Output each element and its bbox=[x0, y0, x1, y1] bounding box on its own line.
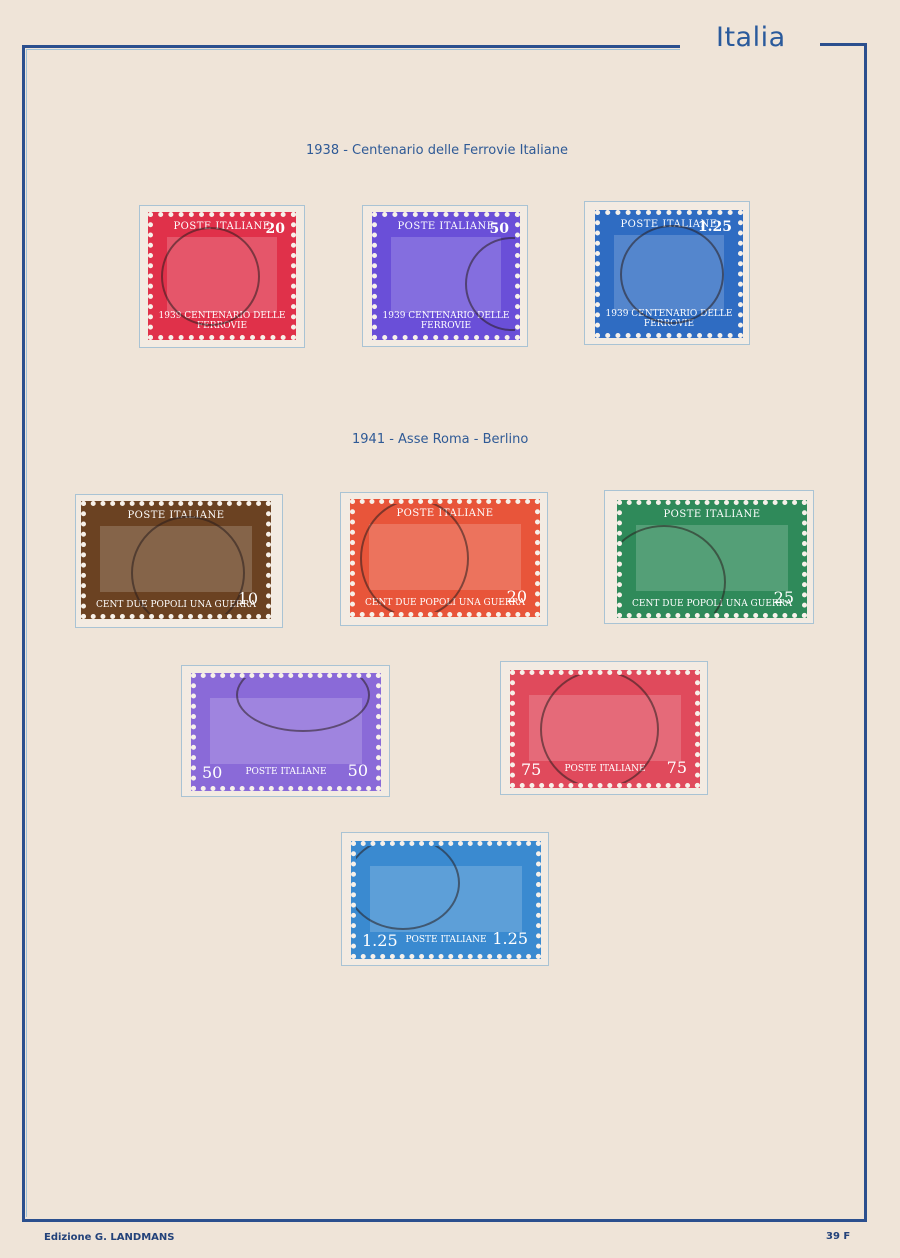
postmark bbox=[360, 499, 469, 617]
section-heading: 1938 - Centenario delle Ferrovie Italian… bbox=[306, 143, 568, 158]
stamp-value: 50 bbox=[490, 221, 509, 237]
stamp-mount: POSTE ITALIANE CENT DUE POPOLI UNA GUERR… bbox=[604, 490, 814, 624]
postmark bbox=[620, 225, 724, 324]
frame-border-left bbox=[22, 45, 25, 1222]
stamp-mount: 1.25 POSTE ITALIANE 1.25 bbox=[341, 832, 549, 966]
page-number: 39 F bbox=[826, 1231, 850, 1242]
postmark bbox=[540, 670, 659, 788]
stamp-value-right: 75 bbox=[667, 758, 687, 777]
stamp-railway-125[interactable]: POSTE ITALIANE 1.25 1939 CENTENARIO DELL… bbox=[595, 210, 743, 338]
stamp-mount: 75 POSTE ITALIANE 75 bbox=[500, 661, 708, 795]
stamp-mount: POSTE ITALIANE 20 1939 CENTENARIO DELLE … bbox=[139, 205, 305, 348]
page-title-country: Italia bbox=[716, 22, 786, 53]
stamp-axis-125[interactable]: 1.25 POSTE ITALIANE 1.25 bbox=[351, 841, 541, 959]
section-heading: 1941 - Asse Roma - Berlino bbox=[352, 432, 528, 447]
stamp-mount: POSTE ITALIANE CENT DUE POPOLI UNA GUERR… bbox=[75, 494, 283, 628]
stamp-railway-50[interactable]: POSTE ITALIANE 50 1939 CENTENARIO DELLE … bbox=[372, 212, 520, 340]
postmark bbox=[131, 516, 245, 619]
stamp-value: 20 bbox=[507, 587, 527, 606]
frame-inner-line bbox=[26, 49, 27, 1217]
stamp-railway-20[interactable]: POSTE ITALIANE 20 1939 CENTENARIO DELLE … bbox=[148, 212, 296, 340]
stamp-mount: POSTE ITALIANE 50 1939 CENTENARIO DELLE … bbox=[362, 205, 528, 347]
stamp-mount: POSTE ITALIANE 1.25 1939 CENTENARIO DELL… bbox=[584, 201, 750, 345]
stamp-mount: 50 POSTE ITALIANE 50 bbox=[181, 665, 390, 797]
stamp-axis-10[interactable]: POSTE ITALIANE CENT DUE POPOLI UNA GUERR… bbox=[81, 501, 271, 619]
stamp-mount: POSTE ITALIANE CENT DUE POPOLI UNA GUERR… bbox=[340, 492, 548, 626]
stamp-axis-20[interactable]: POSTE ITALIANE CENT DUE POPOLI UNA GUERR… bbox=[350, 499, 540, 617]
stamp-axis-25[interactable]: POSTE ITALIANE CENT DUE POPOLI UNA GUERR… bbox=[617, 500, 807, 618]
stamp-axis-75[interactable]: 75 POSTE ITALIANE 75 bbox=[510, 670, 700, 788]
frame-border-top bbox=[22, 45, 680, 48]
stamp-value-right: 50 bbox=[348, 761, 368, 780]
stamp-axis-50[interactable]: 50 POSTE ITALIANE 50 bbox=[191, 673, 381, 791]
frame-border-right bbox=[864, 43, 867, 1222]
publisher-footer: Edizione G. LANDMANS bbox=[44, 1232, 174, 1243]
postmark bbox=[161, 227, 260, 326]
stamp-value: 1.25 bbox=[698, 219, 732, 235]
stamp-top-text: POSTE ITALIANE bbox=[622, 509, 802, 520]
stamp-value: 25 bbox=[774, 588, 794, 607]
frame-border-bottom bbox=[22, 1219, 867, 1222]
stamp-value: 20 bbox=[266, 221, 285, 237]
frame-border-top-right bbox=[820, 43, 866, 46]
frame-inner-line bbox=[26, 49, 680, 50]
stamp-value-right: 1.25 bbox=[492, 929, 528, 948]
